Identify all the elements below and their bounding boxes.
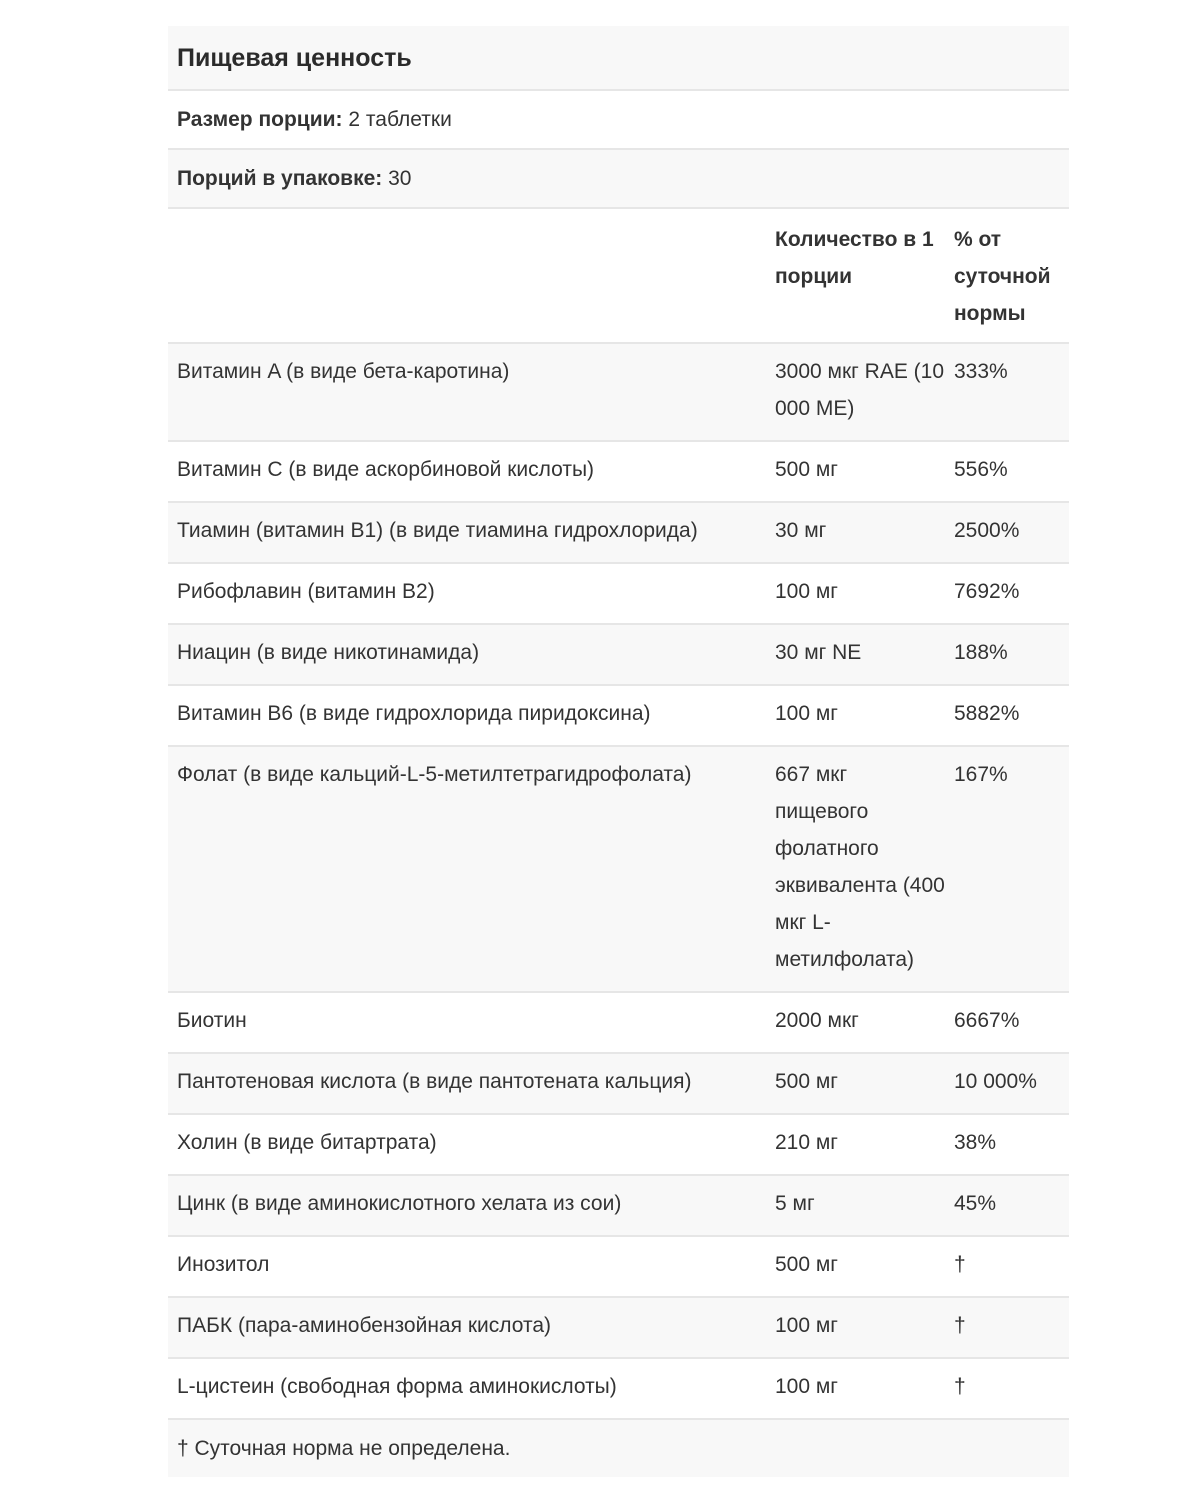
- nutrient-amount: 500 мг: [766, 441, 945, 502]
- nutrient-daily-value: 38%: [945, 1114, 1069, 1175]
- nutrient-daily-value: 10 000%: [945, 1053, 1069, 1114]
- table-row: Пантотеновая кислота (в виде пантотената…: [168, 1053, 1069, 1114]
- nutrient-name: Витамин A (в виде бета-каротина): [168, 343, 766, 441]
- nutrient-daily-value: †: [945, 1236, 1069, 1297]
- table-row: ПАБК (пара-аминобензойная кислота)100 мг…: [168, 1297, 1069, 1358]
- nutrient-amount: 500 мг: [766, 1236, 945, 1297]
- table-title: Пищевая ценность: [168, 26, 1069, 90]
- table-row: Витамин B6 (в виде гидрохлорида пиридокс…: [168, 685, 1069, 746]
- nutrient-daily-value: †: [945, 1358, 1069, 1419]
- nutrient-amount: 500 мг: [766, 1053, 945, 1114]
- serving-size-label: Размер порции:: [177, 108, 343, 131]
- table-row: L-цистеин (свободная форма аминокислоты)…: [168, 1358, 1069, 1419]
- nutrient-amount: 30 мг NE: [766, 624, 945, 685]
- table-row: Ниацин (в виде никотинамида)30 мг NE188%: [168, 624, 1069, 685]
- nutrient-daily-value: †: [945, 1297, 1069, 1358]
- table-row: Цинк (в виде аминокислотного хелата из с…: [168, 1175, 1069, 1236]
- nutrient-name: Рибофлавин (витамин B2): [168, 563, 766, 624]
- nutrient-daily-value: 333%: [945, 343, 1069, 441]
- table-row: Витамин A (в виде бета-каротина)3000 мкг…: [168, 343, 1069, 441]
- nutrient-column-header: [168, 208, 766, 343]
- nutrient-name: Витамин C (в виде аскорбиновой кислоты): [168, 441, 766, 502]
- table-row: Биотин2000 мкг6667%: [168, 992, 1069, 1053]
- daily-value-column-header: % от суточной нормы: [945, 208, 1069, 343]
- nutrient-amount: 3000 мкг RAE (10 000 МЕ): [766, 343, 945, 441]
- servings-per-container-value: 30: [388, 167, 411, 190]
- table-row: Рибофлавин (витамин B2)100 мг7692%: [168, 563, 1069, 624]
- footnote-row: † Суточная норма не определена.: [168, 1419, 1069, 1477]
- nutrient-daily-value: 188%: [945, 624, 1069, 685]
- servings-per-container-row: Порций в упаковке: 30: [168, 149, 1069, 208]
- nutrient-name: Цинк (в виде аминокислотного хелата из с…: [168, 1175, 766, 1236]
- table-row: Тиамин (витамин B1) (в виде тиамина гидр…: [168, 502, 1069, 563]
- nutrient-amount: 2000 мкг: [766, 992, 945, 1053]
- servings-per-container-label: Порций в упаковке:: [177, 167, 382, 190]
- nutrient-amount: 100 мг: [766, 1297, 945, 1358]
- nutrient-name: Инозитол: [168, 1236, 766, 1297]
- nutrient-daily-value: 5882%: [945, 685, 1069, 746]
- table-row: Холин (в виде битартрата)210 мг38%: [168, 1114, 1069, 1175]
- nutrition-facts: Пищевая ценность Размер порции: 2 таблет…: [168, 26, 1069, 1477]
- footnote: † Суточная норма не определена.: [168, 1419, 1069, 1477]
- nutrient-amount: 100 мг: [766, 1358, 945, 1419]
- nutrition-table: Пищевая ценность Размер порции: 2 таблет…: [168, 26, 1069, 1477]
- nutrient-daily-value: 45%: [945, 1175, 1069, 1236]
- nutrient-amount: 210 мг: [766, 1114, 945, 1175]
- nutrient-amount: 30 мг: [766, 502, 945, 563]
- amount-column-header: Количество в 1 порции: [766, 208, 945, 343]
- nutrient-amount: 667 мкг пищевого фолатного эквивалента (…: [766, 746, 945, 992]
- table-title-row: Пищевая ценность: [168, 26, 1069, 90]
- nutrient-name: Фолат (в виде кальций-L-5-метилтетрагидр…: [168, 746, 766, 992]
- nutrient-amount: 100 мг: [766, 563, 945, 624]
- column-header-row: Количество в 1 порции % от суточной норм…: [168, 208, 1069, 343]
- nutrient-name: L-цистеин (свободная форма аминокислоты): [168, 1358, 766, 1419]
- nutrient-name: Пантотеновая кислота (в виде пантотената…: [168, 1053, 766, 1114]
- nutrient-daily-value: 7692%: [945, 563, 1069, 624]
- nutrient-amount: 5 мг: [766, 1175, 945, 1236]
- nutrient-name: Витамин B6 (в виде гидрохлорида пиридокс…: [168, 685, 766, 746]
- nutrient-name: Биотин: [168, 992, 766, 1053]
- table-row: Фолат (в виде кальций-L-5-метилтетрагидр…: [168, 746, 1069, 992]
- nutrient-daily-value: 556%: [945, 441, 1069, 502]
- nutrient-amount: 100 мг: [766, 685, 945, 746]
- nutrient-name: ПАБК (пара-аминобензойная кислота): [168, 1297, 766, 1358]
- nutrient-name: Ниацин (в виде никотинамида): [168, 624, 766, 685]
- nutrient-name: Холин (в виде битартрата): [168, 1114, 766, 1175]
- nutrient-daily-value: 6667%: [945, 992, 1069, 1053]
- table-row: Инозитол500 мг†: [168, 1236, 1069, 1297]
- nutrient-daily-value: 2500%: [945, 502, 1069, 563]
- nutrient-name: Тиамин (витамин B1) (в виде тиамина гидр…: [168, 502, 766, 563]
- serving-size-value: 2 таблетки: [348, 108, 451, 131]
- serving-size-row: Размер порции: 2 таблетки: [168, 90, 1069, 149]
- nutrient-daily-value: 167%: [945, 746, 1069, 992]
- table-row: Витамин C (в виде аскорбиновой кислоты)5…: [168, 441, 1069, 502]
